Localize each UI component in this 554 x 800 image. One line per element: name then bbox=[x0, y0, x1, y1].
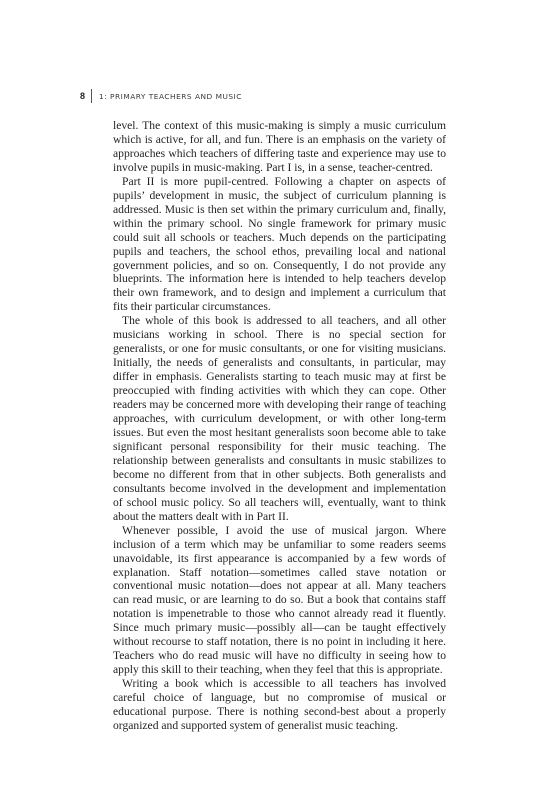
chapter-title: 1: PRIMARY TEACHERS AND MUSIC bbox=[99, 92, 242, 101]
paragraph-2: Part II is more pupil-centred. Following… bbox=[113, 175, 446, 315]
paragraph-4: Whenever possible, I avoid the use of mu… bbox=[113, 524, 446, 677]
paragraph-1: level. The context of this music-making … bbox=[113, 119, 446, 175]
paragraph-3: The whole of this book is addressed to a… bbox=[113, 314, 446, 523]
running-head: 8 1: PRIMARY TEACHERS AND MUSIC bbox=[80, 89, 242, 103]
body-text: level. The context of this music-making … bbox=[113, 119, 446, 733]
paragraph-5: Writing a book which is accessible to al… bbox=[113, 677, 446, 733]
running-head-divider bbox=[91, 89, 92, 103]
page-number: 8 bbox=[80, 91, 85, 101]
